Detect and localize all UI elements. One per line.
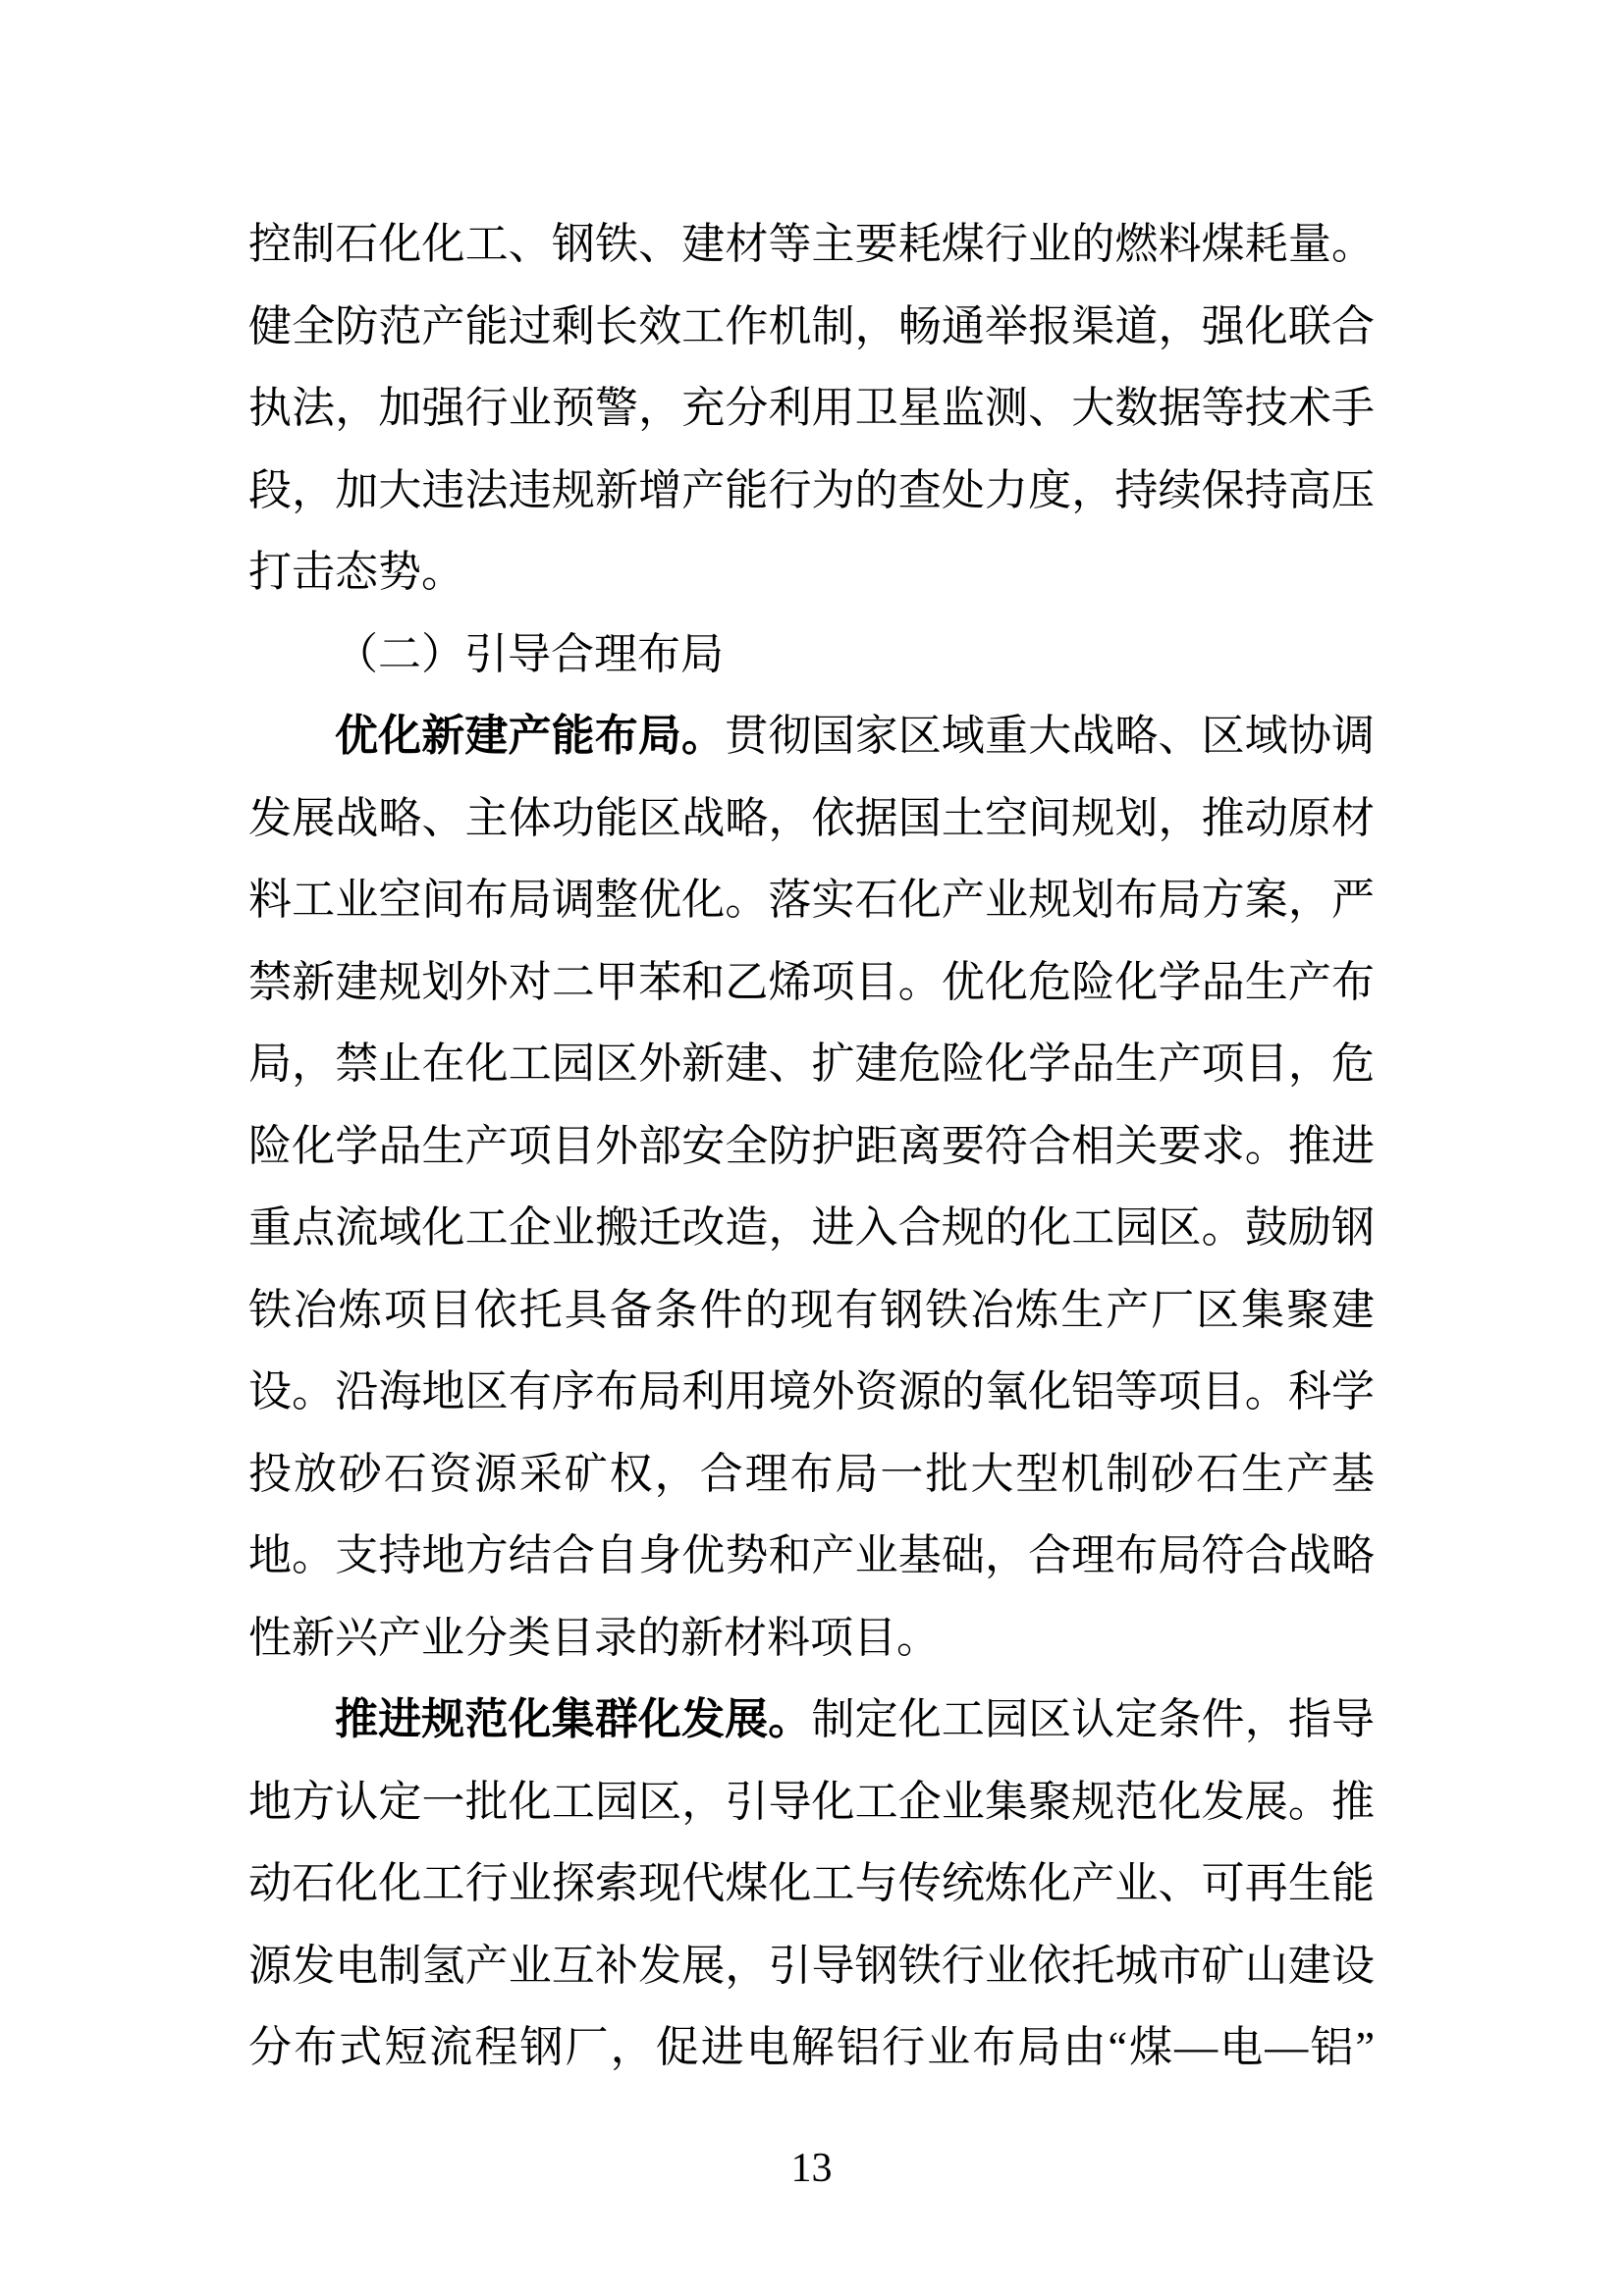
bold-lead-in: 推进规范化集群化发展。 — [335, 1695, 811, 1743]
line-text: 地方认定一批化工园区，引导化工企业集聚规范化发展。推 — [248, 1778, 1375, 1826]
text-line: 投放砂石资源采矿权，合理布局一批大型机制砂石生产基 — [248, 1433, 1375, 1516]
text-line: 料工业空间布局调整优化。落实石化产业规划布局方案，严 — [248, 859, 1375, 941]
text-line: 禁新建规划外对二甲苯和乙烯项目。优化危险化学品生产布 — [248, 941, 1375, 1024]
line-text: 控制石化化工、钢铁、建材等主要耗煤行业的燃料煤耗量。 — [248, 220, 1375, 268]
text-line: 健全防范产能过剩长效工作机制，畅通举报渠道，强化联合 — [248, 286, 1375, 368]
line-text: 制定化工园区认定条件，指导 — [811, 1695, 1375, 1743]
line-text: 段，加大违法违规新增产能行为的查处力度，持续保持高压 — [248, 466, 1375, 514]
text-line: 执法，加强行业预警，充分利用卫星监测、大数据等技术手 — [248, 367, 1375, 450]
text-line: 地方认定一批化工园区，引导化工企业集聚规范化发展。推 — [248, 1761, 1375, 1843]
text-line: 铁冶炼项目依托具备条件的现有钢铁冶炼生产厂区集聚建 — [248, 1269, 1375, 1352]
line-text: 设。沿海地区有序布局利用境外资源的氧化铝等项目。科学 — [248, 1367, 1375, 1415]
line-text: 局，禁止在化工园区外新建、扩建危险化学品生产项目，危 — [248, 1040, 1375, 1088]
line-text: 投放砂石资源采矿权，合理布局一批大型机制砂石生产基 — [248, 1450, 1375, 1498]
line-text: 动石化化工行业探索现代煤化工与传统炼化产业、可再生能 — [248, 1859, 1375, 1907]
line-text: 料工业空间布局调整优化。落实石化产业规划布局方案，严 — [248, 876, 1375, 924]
line-text: 发展战略、主体功能区战略，依据国土空间规划，推动原材 — [248, 794, 1375, 842]
line-text: 执法，加强行业预警，充分利用卫星监测、大数据等技术手 — [248, 384, 1375, 432]
line-text: 地。支持地方结合自身优势和产业基础，合理布局符合战略 — [248, 1531, 1375, 1579]
text-line: 性新兴产业分类目录的新材料项目。 — [248, 1597, 1375, 1680]
line-text: 禁新建规划外对二甲苯和乙烯项目。优化危险化学品生产布 — [248, 958, 1375, 1006]
page-number: 13 — [248, 2144, 1375, 2193]
line-text: 险化学品生产项目外部安全防护距离要符合相关要求。推进 — [248, 1122, 1375, 1170]
heading-text: （二）引导合理布局 — [335, 630, 724, 678]
bold-lead-in: 优化新建产能布局。 — [335, 712, 725, 760]
text-line: 分布式短流程钢厂，促进电解铝行业布局由“煤—电—铝” — [248, 2006, 1375, 2089]
document-page: 控制石化化工、钢铁、建材等主要耗煤行业的燃料煤耗量。 健全防范产能过剩长效工作机… — [0, 0, 1624, 2296]
line-text: 贯彻国家区域重大战略、区域协调 — [725, 712, 1375, 760]
text-line: 推进规范化集群化发展。制定化工园区认定条件，指导 — [248, 1679, 1375, 1761]
text-line: 优化新建产能布局。贯彻国家区域重大战略、区域协调 — [248, 695, 1375, 777]
line-text: 铁冶炼项目依托具备条件的现有钢铁冶炼生产厂区集聚建 — [248, 1286, 1375, 1334]
text-line: 段，加大违法违规新增产能行为的查处力度，持续保持高压 — [248, 450, 1375, 532]
text-line: 打击态势。 — [248, 531, 1375, 614]
text-line: 设。沿海地区有序布局利用境外资源的氧化铝等项目。科学 — [248, 1351, 1375, 1433]
text-line: 险化学品生产项目外部安全防护距离要符合相关要求。推进 — [248, 1105, 1375, 1188]
text-line: 源发电制氢产业互补发展，引导钢铁行业依托城市矿山建设 — [248, 1925, 1375, 2007]
line-text: 性新兴产业分类目录的新材料项目。 — [248, 1614, 940, 1662]
text-line: 地。支持地方结合自身优势和产业基础，合理布局符合战略 — [248, 1515, 1375, 1597]
line-text: 重点流域化工企业搬迁改造，进入合规的化工园区。鼓励钢 — [248, 1203, 1375, 1252]
line-text: 分布式短流程钢厂，促进电解铝行业布局由“煤—电—铝” — [248, 2023, 1375, 2071]
text-line: 重点流域化工企业搬迁改造，进入合规的化工园区。鼓励钢 — [248, 1187, 1375, 1269]
section-heading: （二）引导合理布局 — [248, 614, 1375, 696]
text-line: 控制石化化工、钢铁、建材等主要耗煤行业的燃料煤耗量。 — [248, 203, 1375, 286]
line-text: 源发电制氢产业互补发展，引导钢铁行业依托城市矿山建设 — [248, 1942, 1375, 1990]
text-line: 动石化化工行业探索现代煤化工与传统炼化产业、可再生能 — [248, 1842, 1375, 1925]
line-text: 打击态势。 — [248, 548, 464, 596]
line-text: 健全防范产能过剩长效工作机制，畅通举报渠道，强化联合 — [248, 302, 1375, 350]
text-line: 局，禁止在化工园区外新建、扩建危险化学品生产项目，危 — [248, 1023, 1375, 1105]
document-body: 控制石化化工、钢铁、建材等主要耗煤行业的燃料煤耗量。 健全防范产能过剩长效工作机… — [248, 203, 1375, 2089]
text-line: 发展战略、主体功能区战略，依据国土空间规划，推动原材 — [248, 777, 1375, 860]
